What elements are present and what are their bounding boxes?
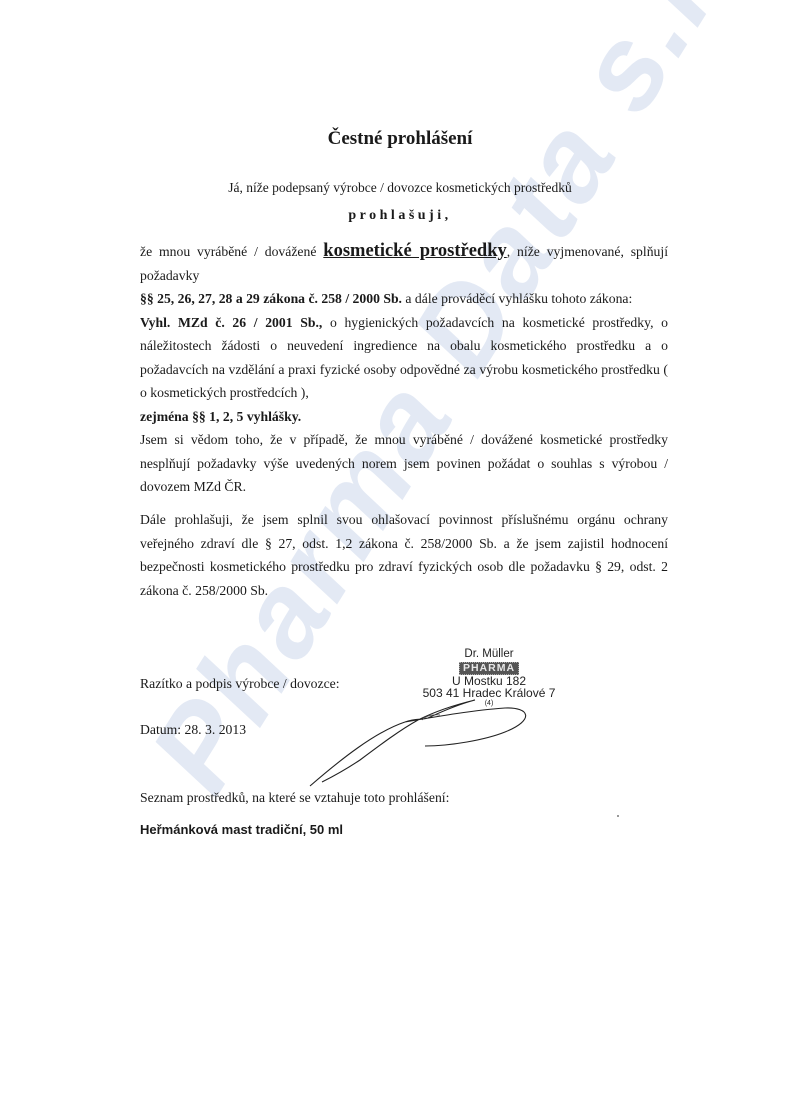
scan-speck [617,815,619,817]
compliance-paragraph: že mnou vyráběné / dovážené kosmetické p… [140,240,668,428]
stamp-brand: PHARMA [459,662,519,675]
stamp-name: Dr. Müller [380,648,598,661]
date-line: Datum: 28. 3. 2013 [140,722,246,738]
product-list-label: Seznam prostředků, na které se vztahuje … [140,790,449,806]
notification-paragraph: Dále prohlašuji, že jsem splnil svou ohl… [140,508,668,602]
law-reference: §§ 25, 26, 27, 28 a 29 zákona č. 258 / 2… [140,291,402,306]
product-item: Heřmánková mast tradiční, 50 ml [140,822,343,837]
signature-icon [300,690,640,790]
document-page: Čestné prohlášení Já, níže podepsaný výr… [0,0,800,1100]
product-category: kosmetické prostředky [323,241,506,261]
decree-reference: Vyhl. MZd č. 26 / 2001 Sb., [140,315,322,330]
intro-line: Já, níže podepsaný výrobce / dovozce kos… [0,180,800,196]
awareness-paragraph: Jsem si vědom toho, že v případě, že mno… [140,428,668,499]
declaration-word: prohlašuji, [0,208,800,224]
document-title: Čestné prohlášení [0,128,800,150]
sections-reference: zejména §§ 1, 2, 5 vyhlášky. [140,409,301,424]
